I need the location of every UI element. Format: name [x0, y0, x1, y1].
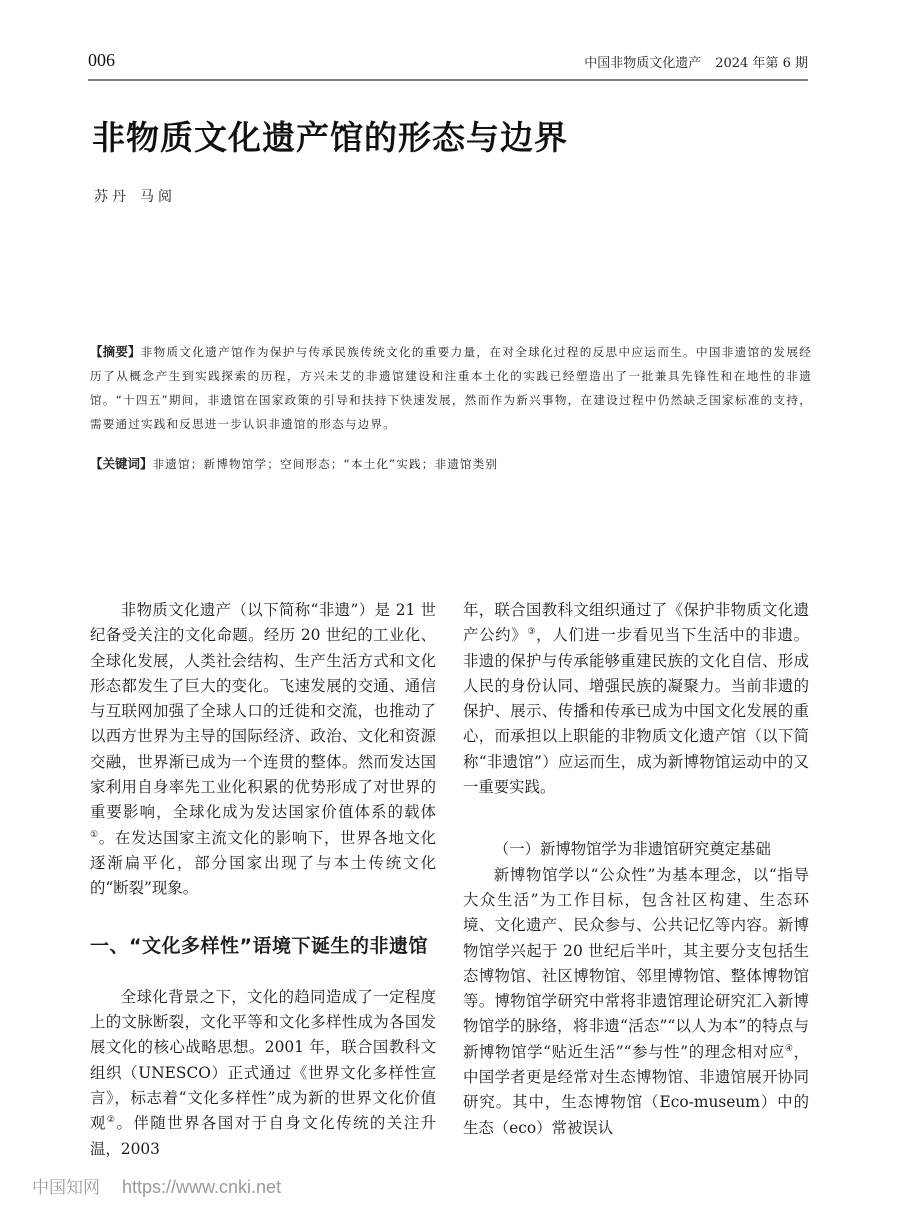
footnote-marker[interactable]: ③ [527, 627, 536, 637]
header-divider [88, 79, 808, 81]
subsection-heading: （一）新博物馆学为非遗馆研究奠定基础 [463, 837, 809, 862]
abstract: 【摘要】非物质文化遗产馆作为保护与传承民族传统文化的重要力量，在对全球化过程的反… [90, 340, 812, 436]
journal-name: 中国非物质文化遗产 [584, 56, 701, 71]
body-paragraph: 全球化背景之下，文化的趋同造成了一定程度上的文脉断裂，文化平等和文化多样性成为各… [90, 985, 436, 1162]
keywords: 【关键词】非遗馆；新博物馆学；空间形态；“本土化”实践；非遗馆类别 [90, 452, 812, 476]
paragraph-text: 。在发达国家主流文化的影响下，世界各地文化逐渐扁平化，部分国家出现了与本土传统文… [90, 829, 436, 898]
watermark-brand: 中国知网 [32, 1178, 100, 1198]
page-number: 006 [88, 50, 115, 71]
section-heading: 一、“文化多样性”语境下诞生的非遗馆 [90, 934, 436, 959]
paragraph-text: 非物质文化遗产（以下简称“非遗”）是 21 世纪备受关注的文化命题。经历 20 … [90, 601, 436, 821]
footnote-marker[interactable]: ④ [785, 1044, 794, 1054]
article-title: 非物质文化遗产馆的形态与边界 [92, 112, 568, 159]
keywords-label: 【关键词】 [90, 456, 153, 471]
body-column-left: 非物质文化遗产（以下简称“非遗”）是 21 世纪备受关注的文化命题。经历 20 … [90, 598, 436, 1162]
cnki-watermark: 中国知网https://www.cnki.net [32, 1173, 281, 1198]
author-name: 苏丹 [94, 189, 130, 205]
author-name: 马阅 [140, 189, 176, 205]
abstract-text: 非物质文化遗产馆作为保护与传承民族传统文化的重要力量，在对全球化过程的反思中应运… [90, 345, 812, 431]
running-header: 006 中国非物质文化遗产2024 年第 6 期 [88, 50, 808, 72]
authors: 苏丹马阅 [94, 186, 176, 206]
journal-info: 中国非物质文化遗产2024 年第 6 期 [584, 52, 808, 71]
footnote-marker[interactable]: ① [90, 830, 99, 840]
journal-issue: 2024 年第 6 期 [715, 56, 808, 71]
paragraph-text: 全球化背景之下，文化的趋同造成了一定程度上的文脉断裂，文化平等和文化多样性成为各… [90, 988, 436, 1132]
watermark-url[interactable]: https://www.cnki.net [122, 1177, 281, 1197]
paragraph-text: 。伴随世界各国对于自身文化传统的关注升温，2003 [90, 1114, 436, 1157]
body-paragraph: 新博物馆学以“公众性”为基本理念，以“指导大众生活”为工作目标，包含社区构建、生… [463, 863, 809, 1141]
paragraph-text: 新博物馆学以“公众性”为基本理念，以“指导大众生活”为工作目标，包含社区构建、生… [463, 866, 809, 1061]
body-paragraph: 年，联合国教科文组织通过了《保护非物质文化遗产公约》③，人们进一步看见当下生活中… [463, 598, 809, 800]
keywords-text: 非遗馆；新博物馆学；空间形态；“本土化”实践；非遗馆类别 [153, 457, 499, 471]
body-paragraph: 非物质文化遗产（以下简称“非遗”）是 21 世纪备受关注的文化命题。经历 20 … [90, 598, 436, 902]
body-column-right: 年，联合国教科文组织通过了《保护非物质文化遗产公约》③，人们进一步看见当下生活中… [463, 598, 809, 1141]
abstract-label: 【摘要】 [90, 344, 141, 359]
paragraph-text: ，人们进一步看见当下生活中的非遗。非遗的保护与传承能够重建民族的文化自信、形成人… [463, 626, 809, 796]
